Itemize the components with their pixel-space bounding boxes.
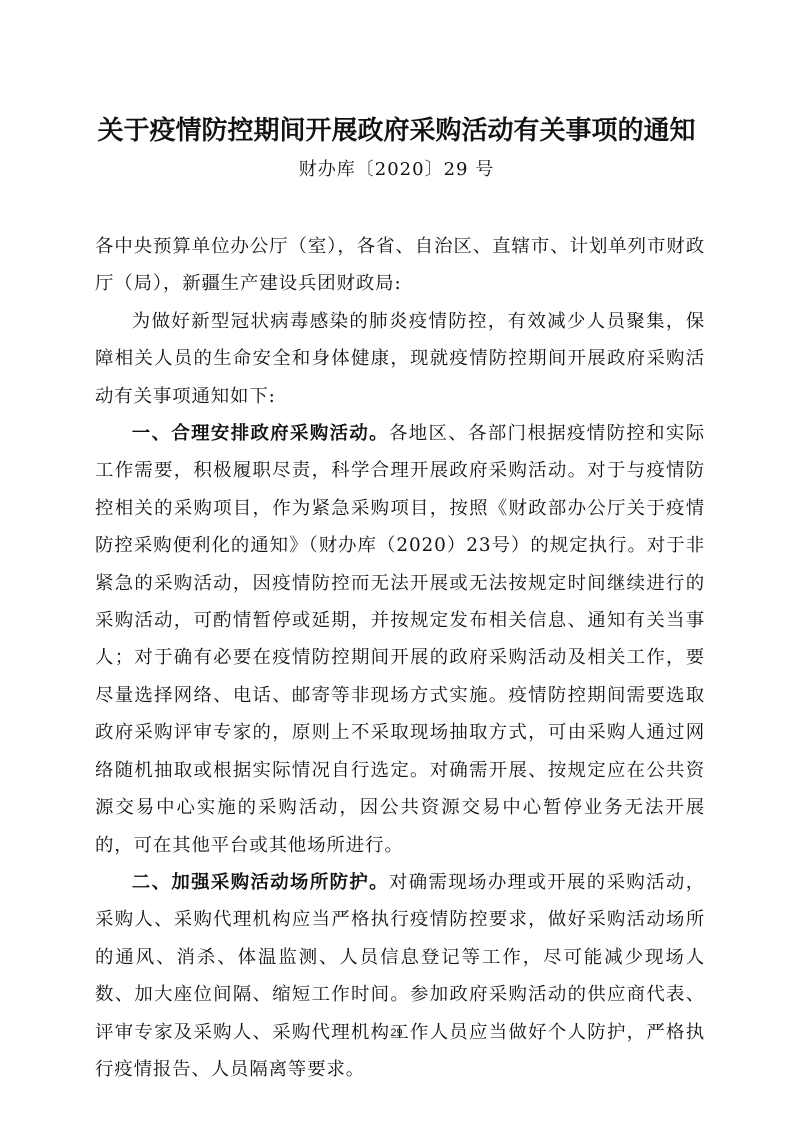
- document-body: 各中央预算单位办公厅（室），各省、自治区、直辖市、计划单列市财政厅（局），新疆生…: [95, 228, 705, 1088]
- document-page: 关于疫情防控期间开展政府采购活动有关事项的通知 财办库〔2020〕29 号 各中…: [0, 0, 793, 1121]
- intro-paragraph: 为做好新型冠状病毒感染的肺炎疫情防控，有效减少人员聚集，保障相关人员的生命安全和…: [95, 303, 705, 415]
- section-text-2: 对确需现场办理或开展的采购活动，采购人、采购代理机构应当严格执行疫情防控要求，做…: [95, 872, 705, 1080]
- page-number: 29: [0, 1027, 793, 1039]
- document-number: 财办库〔2020〕29 号: [0, 156, 793, 184]
- section-heading-1: 一、合理安排政府采购活动。: [132, 423, 389, 444]
- section-heading-2: 二、加强采购活动场所防护。: [132, 872, 389, 893]
- document-title: 关于疫情防控期间开展政府采购活动有关事项的通知: [0, 113, 793, 149]
- salutation: 各中央预算单位办公厅（室），各省、自治区、直辖市、计划单列市财政厅（局），新疆生…: [95, 228, 705, 303]
- section-paragraph-2: 二、加强采购活动场所防护。对确需现场办理或开展的采购活动，采购人、采购代理机构应…: [95, 864, 705, 1088]
- section-paragraph-1: 一、合理安排政府采购活动。各地区、各部门根据疫情防控和实际工作需要，积极履职尽责…: [95, 415, 705, 864]
- section-text-1: 各地区、各部门根据疫情防控和实际工作需要，积极履职尽责，科学合理开展政府采购活动…: [95, 423, 705, 855]
